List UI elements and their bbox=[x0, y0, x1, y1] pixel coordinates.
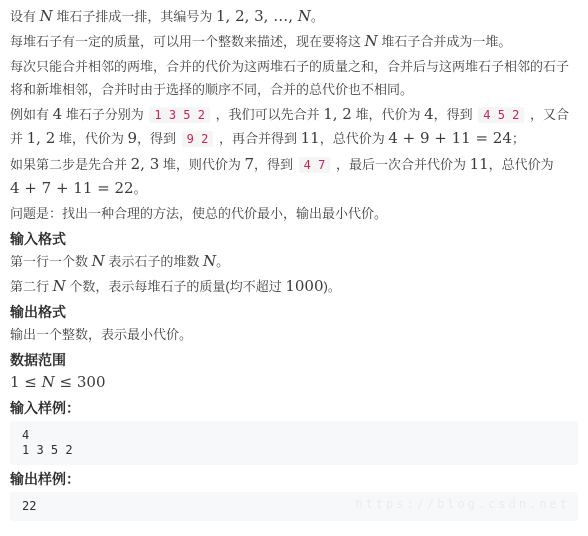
text-run: 第二行 bbox=[10, 279, 53, 294]
math-run: 1000 bbox=[285, 277, 323, 295]
text-run: ，我们可以先合并 bbox=[212, 107, 323, 122]
text-run: ，得到 bbox=[137, 131, 180, 146]
codeblock-sample-input: 41 3 5 2 bbox=[10, 421, 578, 465]
text-run: ，得到 bbox=[434, 107, 477, 122]
math-run: 1 ≤ bbox=[10, 373, 42, 391]
text-run: 问题是：找出一种合理的方法，使总的代价最小，输出最小代价。 bbox=[10, 206, 387, 221]
code-line: 4 bbox=[22, 428, 566, 443]
math-run: 4 bbox=[424, 105, 434, 123]
text-run: 输出一个整数，表示最小代价。 bbox=[10, 327, 192, 342]
heading-sample-output: 输出样例： bbox=[10, 471, 578, 488]
codeblock-sample-output: 22https://blog.csdn.net bbox=[10, 492, 578, 521]
math-run: N bbox=[298, 7, 311, 25]
para-data-range: 1 ≤ N ≤ 300 bbox=[10, 371, 578, 394]
para-example-1: 例如有 4 堆石子分别为 1 3 5 2 ，我们可以先合并 1, 2 堆，代价为… bbox=[10, 103, 578, 151]
math-run: 4 bbox=[53, 105, 63, 123]
para-input-line1: 第一行一个数 N 表示石子的堆数 N。 bbox=[10, 250, 578, 273]
inline-code: 9 2 bbox=[182, 131, 214, 147]
text-run: ，总代价为 bbox=[320, 131, 389, 146]
math-run: 4 + 7 + 11 = 22 bbox=[10, 179, 134, 197]
text-run: 每堆石子有一定的质量，可以用一个整数来描述，现在要将这 bbox=[10, 34, 365, 49]
text-run: 设有 bbox=[10, 9, 40, 24]
math-run: 2, 3 bbox=[131, 155, 160, 173]
text-run: 堆石子排成一排，其编号为 bbox=[53, 9, 216, 24]
text-run: 例如有 bbox=[10, 107, 53, 122]
text-run: 堆，代价 bbox=[55, 131, 111, 146]
heading-sample-input: 输入样例： bbox=[10, 400, 578, 417]
math-run: 11 bbox=[301, 129, 320, 147]
text-run: 堆，则代价为 bbox=[159, 157, 244, 172]
text-run: 。 bbox=[216, 254, 229, 269]
para-mass: 每堆石子有一定的质量，可以用一个整数来描述，现在要将这 N 堆石子合并成为一堆。 bbox=[10, 30, 578, 53]
para-example-2: 如果第二步是先合并 2, 3 堆，则代价为 7，得到 4 7 ，最后一次合并代价… bbox=[10, 153, 578, 200]
text-run: 个数，表示每堆石子的质量(均不超过 bbox=[66, 279, 286, 294]
math-run: N bbox=[203, 252, 216, 270]
math-run: 1, 2, 3, …, bbox=[216, 7, 298, 25]
text-run: 堆，代价为 bbox=[352, 107, 424, 122]
text-run: 为 bbox=[111, 131, 128, 146]
para-output-desc: 输出一个整数，表示最小代价。 bbox=[10, 323, 578, 346]
heading-input-format: 输入格式 bbox=[10, 231, 578, 248]
math-run: 9 bbox=[128, 129, 138, 147]
para-setup: 设有 N 堆石子排成一排，其编号为 1, 2, 3, …, N。 bbox=[10, 5, 578, 28]
math-run: 7 bbox=[244, 155, 254, 173]
math-run: 1, 2 bbox=[27, 129, 56, 147]
text-run: 堆石子合并成为一堆。 bbox=[378, 34, 512, 49]
problem-statement: 设有 N 堆石子排成一排，其编号为 1, 2, 3, …, N。每堆石子有一定的… bbox=[0, 0, 588, 521]
math-run: 1, 2 bbox=[323, 105, 352, 123]
text-run: ，最后一次合并代价为 bbox=[332, 157, 469, 172]
math-run: ≤ 300 bbox=[55, 373, 106, 391]
inline-code: 4 7 bbox=[299, 157, 331, 173]
math-run: N bbox=[365, 32, 378, 50]
math-run: N bbox=[53, 277, 66, 295]
text-run: ，再合并得到 bbox=[215, 131, 300, 146]
heading-data-range: 数据范围 bbox=[10, 352, 578, 369]
inline-code: 1 3 5 2 bbox=[149, 107, 210, 123]
para-input-line2: 第二行 N 个数，表示每堆石子的质量(均不超过 1000)。 bbox=[10, 275, 578, 298]
text-run: ，得到 bbox=[254, 157, 297, 172]
code-line: 1 3 5 2 bbox=[22, 443, 566, 458]
text-run: ，总代价为 bbox=[489, 157, 554, 172]
math-run: N bbox=[40, 7, 53, 25]
math-run: N bbox=[42, 373, 55, 391]
inline-code: 4 5 2 bbox=[478, 107, 524, 123]
text-run: )。 bbox=[324, 279, 341, 294]
text-run: 。 bbox=[134, 181, 147, 196]
para-problem: 问题是：找出一种合理的方法，使总的代价最小，输出最小代价。 bbox=[10, 202, 578, 225]
text-run: 堆石子分别为 bbox=[62, 107, 147, 122]
text-run: 表示石子的堆数 bbox=[105, 254, 203, 269]
text-run: 如果第二步是先合并 bbox=[10, 157, 131, 172]
math-run: 11 bbox=[470, 155, 489, 173]
text-run: ； bbox=[512, 131, 525, 146]
heading-output-format: 输出格式 bbox=[10, 304, 578, 321]
code-line: 22 bbox=[22, 499, 566, 514]
para-rule: 每次只能合并相邻的两堆，合并的代价为这两堆石子的质量之和，合并后与这两堆石子相邻… bbox=[10, 55, 578, 101]
text-run: 第一行一个数 bbox=[10, 254, 92, 269]
math-run: N bbox=[92, 252, 105, 270]
text-run: 每次只能合并相邻的两堆，合并的代价为这两堆石子的质量之和，合并后与这两堆石子相邻… bbox=[10, 59, 569, 97]
math-run: 4 + 9 + 11 = 24 bbox=[388, 129, 512, 147]
text-run: 。 bbox=[311, 9, 324, 24]
